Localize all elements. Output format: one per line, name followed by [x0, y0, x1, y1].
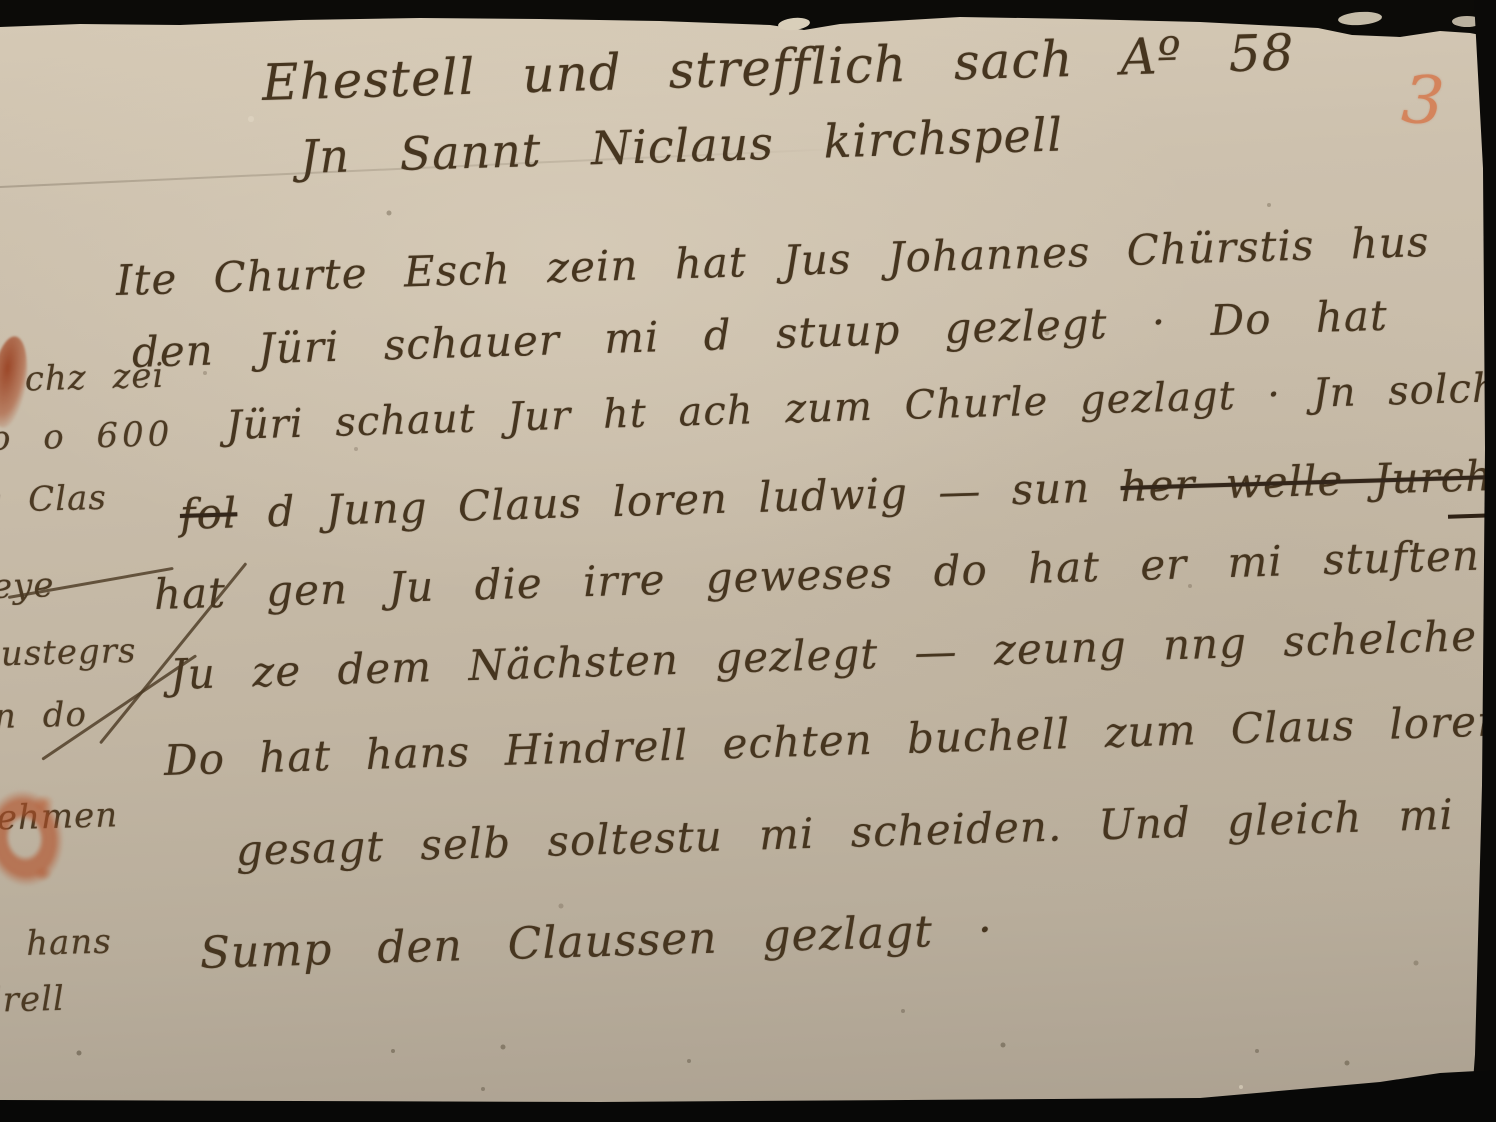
struck-phrase-end: her welle Jurcht	[1120, 451, 1496, 512]
body-line-6: Ju ze dem Nächsten gezlegt — zeung nng s…	[169, 609, 1496, 696]
margin-note-5: hustegrs	[0, 634, 137, 672]
heading-line-2: Jn Sannt Niclaus kirchspell	[299, 111, 1063, 180]
body-line-7: Do hat hans Hindrell echten buchell zum …	[163, 700, 1496, 782]
margin-note-8: s hans	[0, 925, 112, 962]
margin-note-4: eye	[0, 568, 55, 604]
red-ring-stain	[0, 777, 81, 894]
margin-note-3: s Clas	[0, 481, 107, 518]
struck-word-start: fol	[179, 488, 238, 539]
margin-note-9: drell	[0, 982, 65, 1018]
body-line-5: hat gen Ju die irre geweses do hat er mi…	[153, 535, 1480, 616]
body-line-9: Sump den Claussen gezlagt ·	[199, 908, 993, 976]
margin-note-6: n do	[0, 698, 87, 734]
margin-note-2: o o 600	[0, 417, 174, 456]
body-line-3: Jüri schaut Jur ht ach zum Churle gezlag…	[225, 364, 1496, 446]
body-line-4-middle: d Jung Claus loren ludwig — sun	[267, 463, 1091, 536]
folio-number: 3	[1399, 61, 1446, 141]
body-line-4: fol d Jung Claus loren ludwig — sun her …	[179, 455, 1496, 536]
body-line-2: den Jüri schauer mi d stuup gezlegt · Do…	[131, 295, 1388, 374]
heading-line-1: Ehestell und strefflich sach Aº 58	[261, 27, 1295, 108]
parchment-page: Ehestell und strefflich sach Aº 58 Jn Sa…	[0, 0, 1496, 1122]
body-line-1: Ite Churte Esch zein hat Jus Johannes Ch…	[115, 221, 1430, 302]
manuscript-photo: Ehestell und strefflich sach Aº 58 Jn Sa…	[0, 0, 1496, 1122]
body-line-8: gesagt selb soltestu mi scheiden. Und gl…	[235, 792, 1496, 872]
